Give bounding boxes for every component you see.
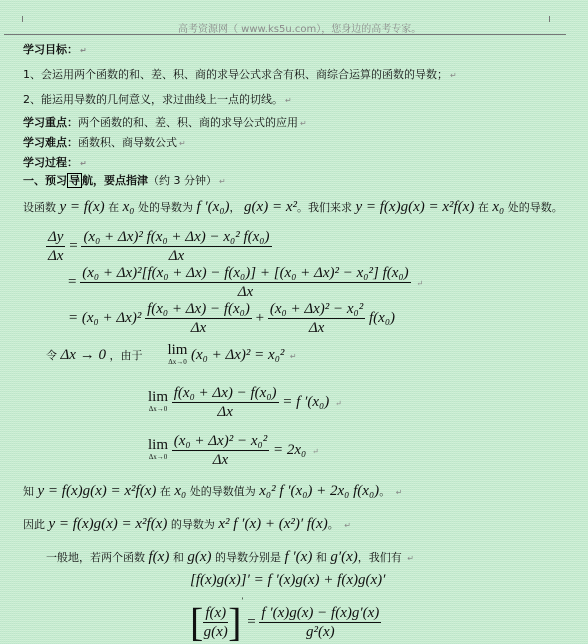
goal-item-1: 1、会运用两个函数的和、差、积、商的求导公式求含有积、商综合运算的函数的导数；↵ bbox=[23, 66, 457, 82]
left-bracket: [ bbox=[190, 600, 203, 644]
intro-sentence: 设函数 y = f(x) 在 x₀ 处的导数为 f ′(x₀)， g(x) = … bbox=[23, 199, 563, 216]
header-rule bbox=[4, 34, 566, 35]
process-label: 学习过程：↵ bbox=[23, 154, 87, 170]
lim-operator: limΔx→0 bbox=[167, 344, 187, 368]
page-header-text: 高考资源网（ www.ks5u.com），您身边的高考专家。 bbox=[178, 20, 421, 35]
header-corner-left bbox=[22, 16, 23, 22]
right-bracket: ] bbox=[228, 600, 241, 644]
limit-line-3: limΔx→0 (x₀ + Δx)² − x₀²Δx = 2x₀ ↵ bbox=[148, 432, 319, 469]
difficult-point: 学习难点：函数积、商导数公式↵ bbox=[23, 134, 186, 150]
boxed-char: 导 bbox=[67, 173, 82, 188]
general-statement: 一般地，若两个函数 f(x) 和 g(x) 的导数分别是 f ′(x) 和 g′… bbox=[46, 549, 414, 566]
dy-dx-fraction: ΔyΔx bbox=[46, 228, 65, 265]
conclusion-2: 因此 y = f(x)g(x) = x²f(x) 的导数为 x² f ′(x) … bbox=[23, 516, 351, 533]
eq1-fraction: (x₀ + Δx)² f(x₀ + Δx) − x₀² f(x₀)Δx bbox=[81, 228, 271, 265]
header-corner-right bbox=[549, 16, 550, 22]
limit-fraction-2: f(x₀ + Δx) − f(x₀)Δx bbox=[172, 384, 279, 421]
limit-line-2: limΔx→0 f(x₀ + Δx) − f(x₀)Δx = f ′(x₀) ↵ bbox=[148, 384, 342, 421]
derivation-line-2: = (x₀ + Δx)²[f(x₀ + Δx) − f(x₀)] + [(x₀ … bbox=[68, 264, 423, 301]
quotient-rhs-fraction: f ′(x)g(x) − f(x)g′(x)g²(x) bbox=[259, 604, 381, 641]
eq3-fraction-2: (x₀ + Δx)² − x₀²Δx bbox=[268, 300, 365, 337]
eq2-fraction: (x₀ + Δx)²[f(x₀ + Δx) − f(x₀)] + [(x₀ + … bbox=[80, 264, 410, 301]
product-rule-formula: [f(x)g(x)]′ = f ′(x)g(x) + f(x)g(x)′ bbox=[190, 572, 385, 589]
lim-operator: limΔx→0 bbox=[148, 391, 168, 415]
derivation-line-3: = (x₀ + Δx)² f(x₀ + Δx) − f(x₀)Δx + (x₀ … bbox=[68, 300, 395, 337]
goals-title: 学习目标：↵ bbox=[23, 41, 87, 57]
goal-item-2: 2、能运用导数的几何意义，求过曲线上一点的切线。↵ bbox=[23, 91, 292, 107]
lim-operator: limΔx→0 bbox=[148, 439, 168, 463]
limit-fraction-3: (x₀ + Δx)² − x₀²Δx bbox=[172, 432, 269, 469]
key-point: 学习重点：两个函数的和、差、积、商的求导公式的应用↵ bbox=[23, 114, 307, 130]
derivation-line-1: ΔyΔx = (x₀ + Δx)² f(x₀ + Δx) − x₀² f(x₀)… bbox=[46, 228, 272, 265]
quotient-rule-formula: [f(x)g(x)]′ = f ′(x)g(x) − f(x)g′(x)g²(x… bbox=[190, 596, 381, 643]
quotient-lhs-fraction: f(x)g(x) bbox=[203, 604, 228, 641]
conclusion-1: 知 y = f(x)g(x) = x²f(x) 在 x₀ 处的导数值为 x₀² … bbox=[23, 483, 402, 500]
limit-line-1: 令 Δx → 0 ，由于 limΔx→0 (x₀ + Δx)² = x₀² ↵ bbox=[46, 344, 297, 368]
eq3-fraction-1: f(x₀ + Δx) − f(x₀)Δx bbox=[145, 300, 252, 337]
part-one-heading: 一、预习导航，要点指津（约 3 分钟）↵ bbox=[23, 172, 226, 188]
